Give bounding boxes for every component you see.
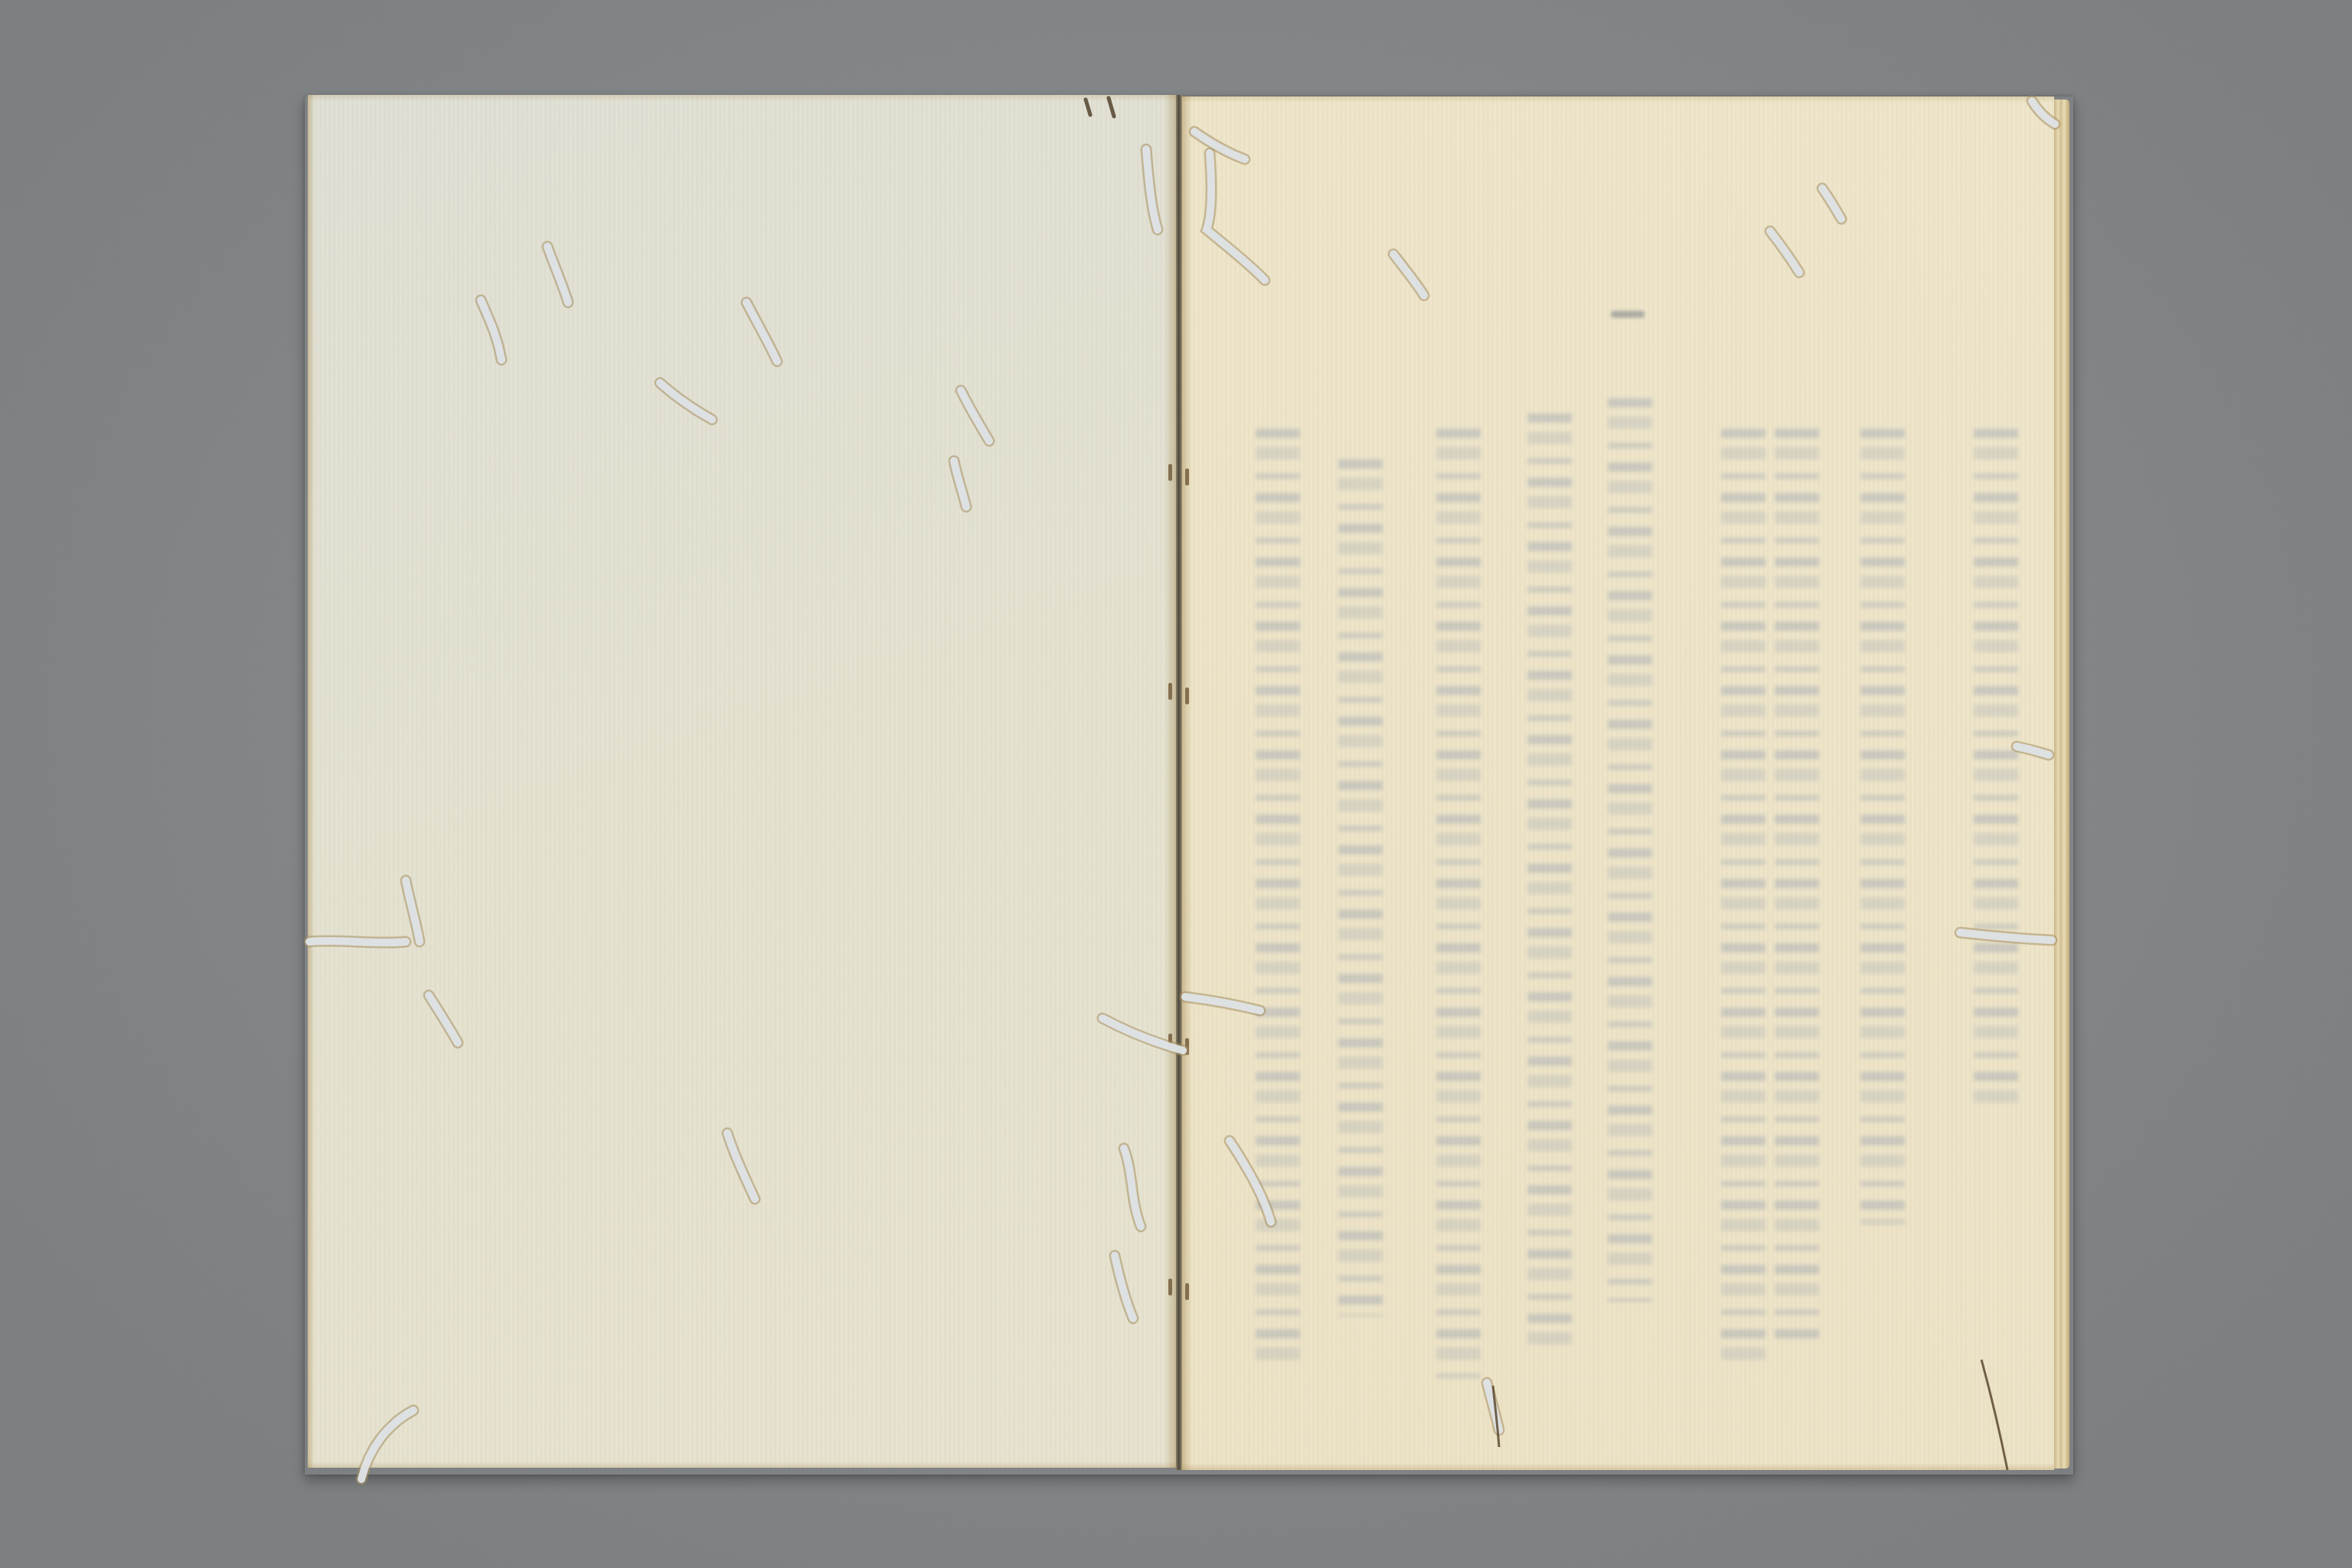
binding-hole-mark — [1168, 1279, 1172, 1295]
binding-hole-mark — [1168, 1034, 1172, 1050]
book-gutter — [1176, 95, 1182, 1470]
show-through-writing — [1527, 413, 1572, 1347]
binding-hole-mark — [1168, 683, 1172, 700]
show-through-writing — [1775, 429, 1819, 1347]
left-page — [308, 95, 1177, 1468]
show-through-writing — [1256, 429, 1300, 1370]
show-through-writing — [1338, 459, 1383, 1317]
binding-hole-mark — [1185, 469, 1189, 485]
show-through-writing — [1721, 429, 1766, 1363]
show-through-writing — [1974, 429, 2018, 1102]
page-stack-edge — [2054, 100, 2069, 1468]
show-through-writing — [1860, 429, 1905, 1225]
show-through-dash-mark — [1611, 311, 1645, 318]
binding-hole-mark — [1168, 464, 1172, 481]
show-through-writing — [1608, 398, 1652, 1302]
binding-hole-mark — [1185, 688, 1189, 704]
binding-hole-mark — [1185, 1283, 1189, 1300]
show-through-writing — [1436, 429, 1481, 1378]
binding-hole-mark — [1185, 1038, 1189, 1055]
